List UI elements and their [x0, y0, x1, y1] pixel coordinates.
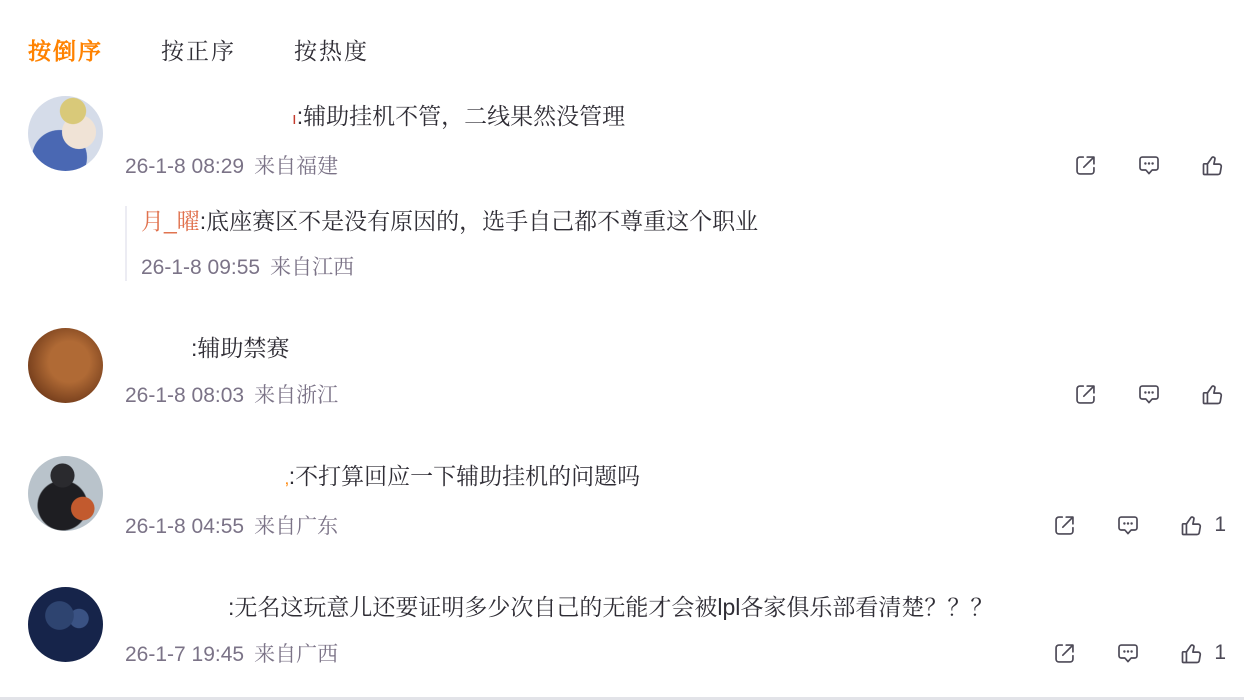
comment-meta: 26-1-8 08:29来自福建: [125, 150, 338, 180]
comment-row: :辅助禁赛 26-1-8 08:03来自浙江: [28, 328, 1230, 409]
comment-text: :辅助禁赛: [191, 335, 289, 361]
avatar[interactable]: [28, 587, 103, 662]
reply-block: 月_曜:底座赛区不是没有原因的，选手自己都不尊重这个职业 26-1-8 09:5…: [125, 206, 1230, 281]
comment-meta-row: 26-1-7 19:45来自广西: [125, 638, 1230, 668]
comment-text: :辅助挂机不管，二线果然没管理: [297, 103, 625, 129]
comment-meta: 26-1-8 08:03来自浙江: [125, 379, 338, 409]
comment-content-line: :无名这玩意儿还要证明多少次自己的无能才会被lpl各家俱乐部看清楚？？？: [125, 592, 1230, 622]
comment-icon: [1114, 640, 1142, 667]
like-button[interactable]: 1: [1178, 640, 1226, 667]
share-icon: [1051, 640, 1078, 667]
comment-text: :无名这玩意儿还要证明多少次自己的无能才会被lpl各家俱乐部看清楚？？？: [228, 594, 993, 620]
tab-sort-forward[interactable]: 按正序: [161, 33, 236, 66]
tab-sort-hot[interactable]: 按热度: [294, 33, 369, 66]
comment-button[interactable]: [1114, 640, 1142, 667]
username-redacted: [125, 614, 228, 615]
comment-section: 按倒序 按正序 按热度 ı:辅助挂机不管，二线果然没管理 26-1-8 08:2…: [0, 0, 1244, 700]
location: 来自福建: [254, 155, 338, 178]
location: 来自江西: [270, 256, 354, 279]
share-button[interactable]: [1051, 512, 1078, 539]
comment-body: ı:辅助挂机不管，二线果然没管理 26-1-8 08:29来自福建: [125, 96, 1230, 281]
like-count: 1: [1214, 513, 1226, 537]
comment-icon: [1135, 381, 1163, 408]
share-button[interactable]: [1051, 640, 1078, 667]
comment-row: :无名这玩意儿还要证明多少次自己的无能才会被lpl各家俱乐部看清楚？？？ 26-…: [28, 587, 1230, 668]
comment-button[interactable]: [1114, 512, 1142, 539]
share-icon: [1072, 152, 1099, 179]
like-button[interactable]: 1: [1178, 512, 1226, 539]
comment-row: ı:辅助挂机不管，二线果然没管理 26-1-8 08:29来自福建: [28, 96, 1230, 281]
tab-sort-reverse[interactable]: 按倒序: [28, 33, 103, 66]
thumbs-up-icon: [1199, 381, 1226, 408]
comment-content-line: ı:辅助挂机不管，二线果然没管理: [125, 101, 1230, 134]
comment-icon: [1114, 512, 1142, 539]
reply-username[interactable]: 月_曜: [141, 208, 200, 234]
reply-content-line: 月_曜:底座赛区不是没有原因的，选手自己都不尊重这个职业: [141, 206, 1230, 236]
timestamp: 26-1-8 09:55: [141, 256, 260, 279]
comment-content-line: ‚:不打算回应一下辅助挂机的问题吗: [125, 461, 1230, 494]
location: 来自浙江: [254, 384, 338, 407]
comment-meta: 26-1-7 19:45来自广西: [125, 638, 338, 668]
thumbs-up-icon: [1199, 152, 1226, 179]
avatar[interactable]: [28, 456, 103, 531]
like-button[interactable]: [1199, 152, 1226, 179]
comment-body: ‚:不打算回应一下辅助挂机的问题吗 26-1-8 04:55来自广东: [125, 456, 1230, 540]
reply-meta: 26-1-8 09:55来自江西: [141, 251, 1230, 281]
like-button[interactable]: [1199, 381, 1226, 408]
thumbs-up-icon: [1178, 640, 1205, 667]
location: 来自广东: [254, 515, 338, 538]
reply-text: :底座赛区不是没有原因的，选手自己都不尊重这个职业: [200, 208, 758, 234]
timestamp: 26-1-7 19:45: [125, 643, 244, 666]
comment-meta: 26-1-8 04:55来自广东: [125, 510, 338, 540]
comment-actions: 1: [1051, 640, 1226, 667]
avatar[interactable]: [28, 328, 103, 403]
timestamp: 26-1-8 08:29: [125, 155, 244, 178]
comment-actions: [1072, 381, 1226, 408]
comment-button[interactable]: [1135, 381, 1163, 408]
like-count: 1: [1214, 641, 1226, 665]
comment-meta-row: 26-1-8 04:55来自广东: [125, 510, 1230, 540]
username-redacted: [125, 483, 285, 484]
share-button[interactable]: [1072, 152, 1099, 179]
share-icon: [1072, 381, 1099, 408]
sort-tabs: 按倒序 按正序 按热度: [28, 33, 1230, 66]
comment-content-line: :辅助禁赛: [125, 333, 1230, 363]
timestamp: 26-1-8 08:03: [125, 384, 244, 407]
share-button[interactable]: [1072, 381, 1099, 408]
thumbs-up-icon: [1178, 512, 1205, 539]
comment-row: ‚:不打算回应一下辅助挂机的问题吗 26-1-8 04:55来自广东: [28, 456, 1230, 540]
comment-body: :辅助禁赛 26-1-8 08:03来自浙江: [125, 328, 1230, 409]
comment-icon: [1135, 152, 1163, 179]
comment-meta-row: 26-1-8 08:03来自浙江: [125, 379, 1230, 409]
username-redacted: [125, 123, 292, 124]
comment-actions: 1: [1051, 512, 1226, 539]
comment-meta-row: 26-1-8 08:29来自福建: [125, 150, 1230, 180]
timestamp: 26-1-8 04:55: [125, 515, 244, 538]
comment-text: :不打算回应一下辅助挂机的问题吗: [289, 463, 640, 489]
username-redacted: [125, 355, 191, 356]
comment-body: :无名这玩意儿还要证明多少次自己的无能才会被lpl各家俱乐部看清楚？？？ 26-…: [125, 587, 1230, 668]
share-icon: [1051, 512, 1078, 539]
comment-actions: [1072, 152, 1226, 179]
location: 来自广西: [254, 643, 338, 666]
avatar[interactable]: [28, 96, 103, 171]
comment-button[interactable]: [1135, 152, 1163, 179]
